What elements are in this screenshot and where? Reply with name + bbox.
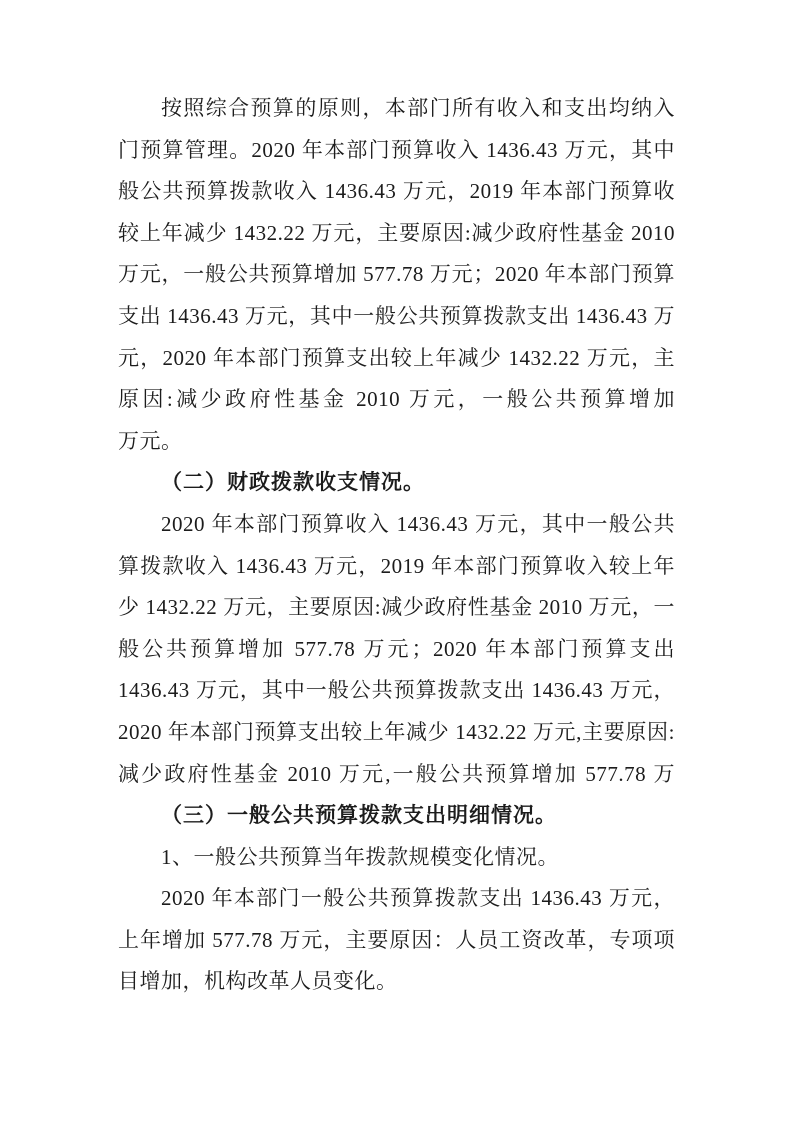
paragraph-line: 支出 1436.43 万元，其中一般公共预算拨款支出 1436.43 万: [118, 296, 675, 338]
paragraph-line: 1436.43 万元，其中一般公共预算拨款支出 1436.43 万元，: [118, 670, 675, 712]
section-heading: （三）一般公共预算拨款支出明细情况。: [118, 795, 675, 837]
document-page: 按照综合预算的原则，本部门所有收入和支出均纳入部 门预算管理。2020 年本部门…: [0, 0, 793, 1122]
paragraph-line: 原因:减少政府性基金 2010 万元，一般公共预算增加 577.78: [118, 379, 675, 421]
paragraph-line: 般公共预算增加 577.78 万元；2020 年本部门预算支出: [118, 629, 675, 671]
paragraph-line: 算拨款收入 1436.43 万元，2019 年本部门预算收入较上年减: [118, 546, 675, 588]
list-item-heading: 1、一般公共预算当年拨款规模变化情况。: [118, 837, 675, 879]
paragraph-line: 较上年减少 1432.22 万元，主要原因:减少政府性基金 2010: [118, 213, 675, 255]
paragraph-line: 上年增加 577.78 万元，主要原因：人员工资改革，专项项: [118, 920, 675, 962]
paragraph-line: 目增加，机构改革人员变化。: [118, 961, 675, 1003]
section-heading: （二）财政拨款收支情况。: [118, 462, 675, 504]
paragraph-line: 2020 年本部门预算收入 1436.43 万元，其中一般公共预: [118, 504, 675, 546]
paragraph-line: 少 1432.22 万元，主要原因:减少政府性基金 2010 万元，一: [118, 587, 675, 629]
paragraph-line: 按照综合预算的原则，本部门所有收入和支出均纳入部: [118, 88, 675, 130]
paragraph-line: 万元，一般公共预算增加 577.78 万元；2020 年本部门预算: [118, 254, 675, 296]
paragraph-line: 减少政府性基金 2010 万元,一般公共预算增加 577.78 万元。: [118, 754, 675, 796]
paragraph-line: 般公共预算拨款收入 1436.43 万元，2019 年本部门预算收入: [118, 171, 675, 213]
paragraph-line: 门预算管理。2020 年本部门预算收入 1436.43 万元，其中一: [118, 130, 675, 172]
paragraph-line: 2020 年本部门预算支出较上年减少 1432.22 万元,主要原因:: [118, 712, 675, 754]
paragraph-line: 万元。: [118, 421, 675, 463]
paragraph-line: 元，2020 年本部门预算支出较上年减少 1432.22 万元，主要: [118, 338, 675, 380]
paragraph-line: 2020 年本部门一般公共预算拨款支出 1436.43 万元，较: [118, 878, 675, 920]
document-body: 按照综合预算的原则，本部门所有收入和支出均纳入部 门预算管理。2020 年本部门…: [118, 88, 675, 1003]
